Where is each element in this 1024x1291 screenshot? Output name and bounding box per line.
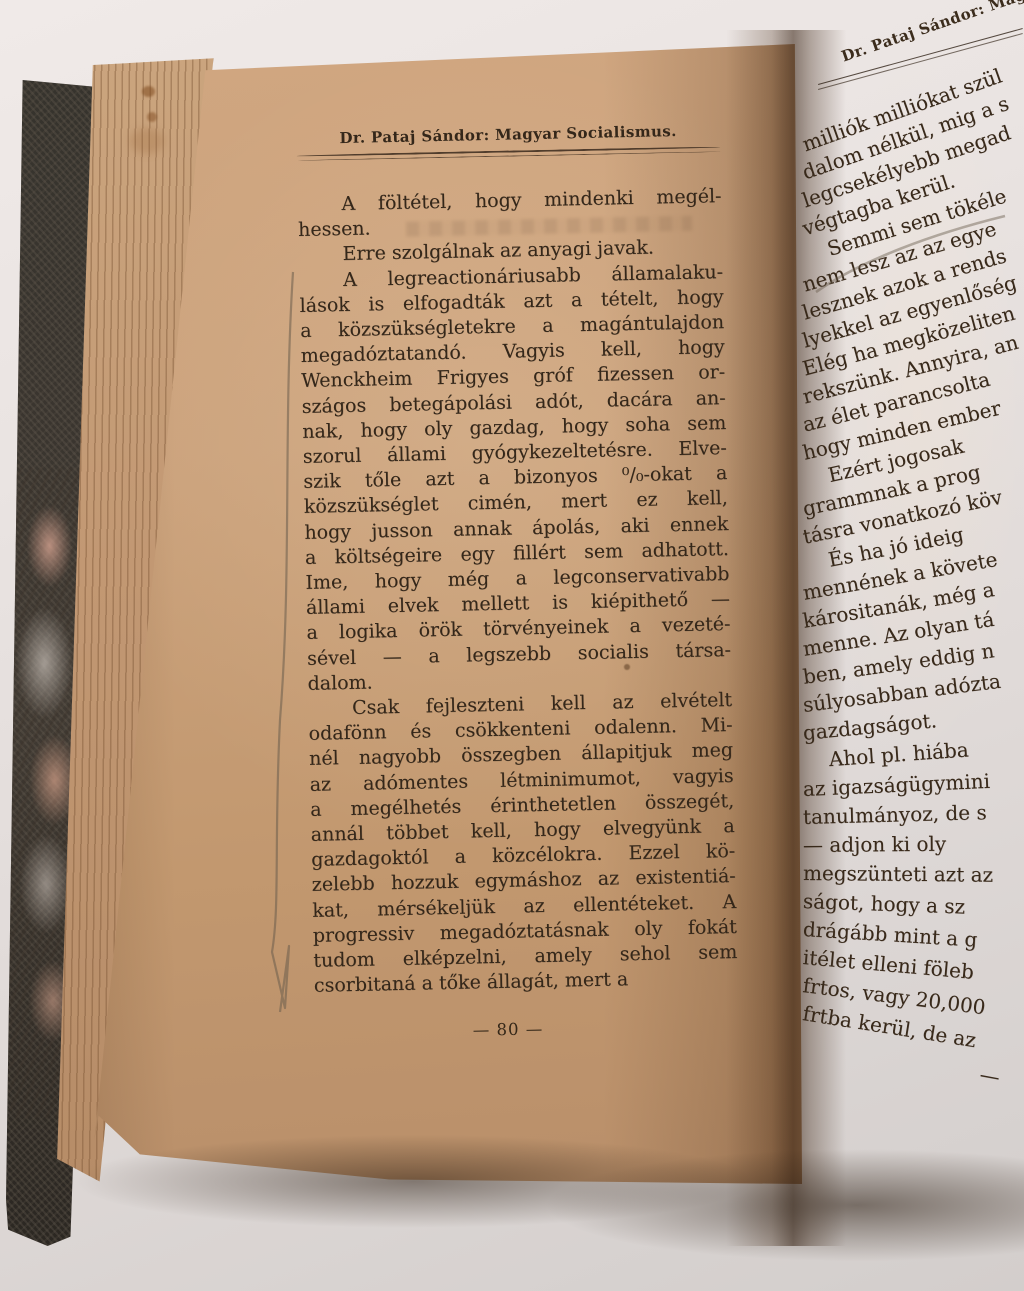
text-column: A föltétel, hogy mindenki megél-hessen.E… [297, 184, 738, 999]
paragraph: A legreactionáriusabb államalaku-lások i… [299, 260, 732, 697]
right-page-text-column: milliók milliókat szüldalom nélkül, mig … [803, 131, 1024, 1055]
text-line: — adjon ki oly [803, 828, 1024, 859]
left-page-text-block: Dr. Pataj Sándor: Magyar Socialismus. A … [296, 121, 738, 999]
paragraph: Csak fejleszteni kell az elvételtodafönn… [308, 688, 738, 999]
header-rule-thin [297, 151, 721, 161]
text-line: megszünteti azt az [803, 859, 1024, 890]
photo-of-open-book: Dr. Pataj Sándor: Magyar Socialismus. A … [0, 0, 1024, 1291]
